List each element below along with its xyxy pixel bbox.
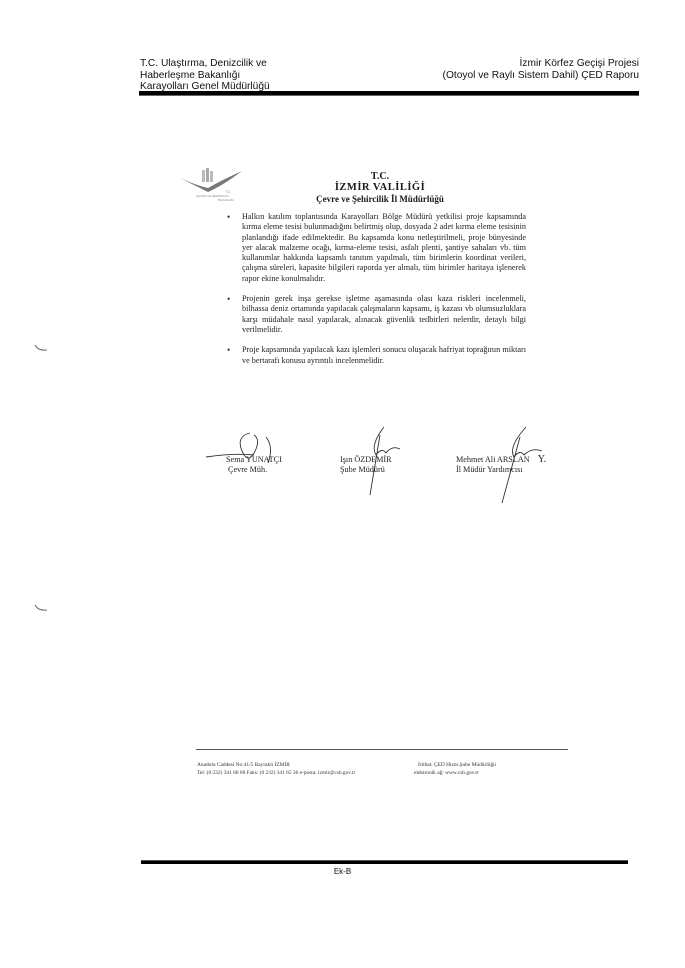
signatory-name: Mehmet Ali ARSLAN Y. (456, 455, 546, 465)
header-right: İzmir Körfez Geçişi Projesi (Otoyol ve R… (443, 58, 639, 81)
letterhead-tc: T.C. (260, 171, 500, 182)
punch-hole-mark-icon (34, 344, 48, 352)
header-project-line2: (Otoyol ve Raylı Sistem Dahil) ÇED Rapor… (443, 70, 639, 82)
letterhead-directorate: Çevre ve Şehircilik İl Müdürlüğü (260, 194, 500, 205)
header-left: T.C. Ulaştırma, Denizcilik ve Haberleşme… (140, 58, 270, 93)
signatory-mark: Y. (538, 454, 546, 465)
letter-body: • Halkın katılım toplantısında Karayolla… (228, 212, 526, 376)
bullet-text: Projenin gerek inşa gerekse işletme aşam… (242, 294, 526, 334)
bullet-icon: • (227, 294, 230, 304)
header-project-line1: İzmir Körfez Geçişi Projesi (443, 58, 639, 70)
signatory-title: İl Müdür Yardımcısı (456, 465, 546, 475)
signature-block-3: Mehmet Ali ARSLAN Y. İl Müdür Yardımcısı (456, 455, 546, 475)
signature-block-1: Sema YUNATÇI Çevre Müh. (226, 455, 282, 475)
punch-hole-mark-icon (34, 604, 48, 612)
letterhead-governorship: İZMİR VALİLİĞİ (260, 182, 500, 194)
phone-text: Tel: (0 232) 341 68 00 Faks: (0 232) 341… (197, 770, 355, 776)
page-label: Ek-B (0, 867, 685, 876)
header-divider (139, 91, 639, 96)
letterhead-title: T.C. İZMİR VALİLİĞİ Çevre ve Şehircilik … (260, 171, 500, 205)
signature-block-2: Işın ÖZDEMİR Şube Müdürü (340, 455, 392, 475)
ministry-logo-icon: T.C. ÇEVRE VE ŞEHİRCİLİK BAKANLIĞI (178, 168, 244, 202)
contact-text: İrtibat: ÇED Hizm.Şube Müdürlüğü (418, 761, 496, 769)
address-text: Anadolu Caddesi No:41/5 Bayraklı İZMİR (197, 762, 290, 768)
bullet-text: Proje kapsamında yapılacak kazı işlemler… (242, 345, 526, 364)
bullet-icon: • (227, 212, 230, 222)
bullet-item: • Proje kapsamında yapılacak kazı işleml… (228, 345, 526, 366)
signatory-name: Işın ÖZDEMİR (340, 455, 392, 465)
address-block: Anadolu Caddesi No:41/5 Bayraklı İZMİR İ… (197, 761, 587, 777)
signatory-title: Çevre Müh. (226, 465, 282, 475)
signatory-title: Şube Müdürü (340, 465, 392, 475)
header-ministry-line1: T.C. Ulaştırma, Denizcilik ve (140, 58, 270, 70)
signatory-name: Sema YUNATÇI (226, 455, 282, 465)
web-text: elektronik ağ: www.csb.gov.tr (414, 769, 479, 777)
page-footer-divider (141, 860, 628, 864)
bullet-text: Halkın katılım toplantısında Karayolları… (242, 212, 526, 283)
svg-text:BAKANLIĞI: BAKANLIĞI (218, 197, 234, 202)
address-divider (196, 749, 568, 750)
header-ministry-line2: Haberleşme Bakanlığı (140, 70, 270, 82)
bullet-item: • Projenin gerek inşa gerekse işletme aş… (228, 294, 526, 335)
bullet-icon: • (227, 345, 230, 355)
bullet-item: • Halkın katılım toplantısında Karayolla… (228, 212, 526, 284)
